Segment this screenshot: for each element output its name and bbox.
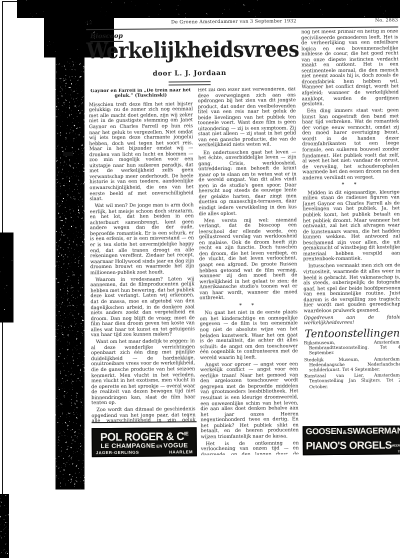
issue-number: No. 2883 bbox=[375, 18, 398, 23]
advert-agent-line: JAGER-GERLINGS HAARLEM bbox=[96, 450, 193, 456]
article-column-middle: Het zal den lezer niet verwonderen, dat … bbox=[198, 87, 299, 455]
page-number: 12 bbox=[86, 21, 92, 26]
paragraph: Men versta mij wel: niemand verlangt, da… bbox=[199, 218, 298, 302]
section-separator: * * bbox=[303, 183, 400, 189]
paragraph: Wat wil men? De jonge man is arm doch ee… bbox=[90, 203, 195, 276]
paragraph: Het zal den lezer niet verwonderen, dat … bbox=[198, 87, 297, 149]
advert-agent: JAGER-GERLINGS bbox=[96, 450, 139, 455]
paragraph: Intusschen vermaakt men zich om de virtu… bbox=[303, 264, 400, 315]
paragraph: Misschien treft deze film het niet bijst… bbox=[89, 102, 194, 203]
paragraph: Waarom in vredesnaam? Laten wij aannemen… bbox=[90, 277, 195, 339]
paragraph: Eén ding immers staat vast: geen kunst k… bbox=[302, 109, 400, 182]
exhibition-item: Stedelijk Museum, Amsterdam. Hedendaagsc… bbox=[304, 357, 400, 373]
article-byline: door L. J. Jordaan bbox=[87, 68, 293, 78]
advert-goosen-swagerman: GOOSEN & SWAGERMAN PIANO'S ORGELS DEN HA… bbox=[303, 425, 400, 455]
advert-brand-sup: IE bbox=[184, 431, 188, 437]
advert-brand: GOOSEN & SWAGERMAN bbox=[306, 426, 399, 438]
paragraph: Nu gaat het niet in de eerste plaats om … bbox=[200, 311, 298, 362]
advert-products: PIANO'S ORGELS bbox=[306, 440, 392, 452]
page-content: 12 De Groene Amsterdammer van 3 Septembe… bbox=[0, 0, 400, 558]
article-title: Werkelijkheidsvrees bbox=[86, 36, 292, 64]
scanned-newspaper-page: { "header": { "page_number": "12", "mast… bbox=[0, 0, 400, 558]
paragraph: Angst voor oproer — angst voor een werke… bbox=[200, 362, 299, 441]
closing-line: Opgedreven aan de fatale werkelijkheidsv… bbox=[304, 315, 400, 327]
article-column-left: Gaynor en Farrell in „De trein naar het … bbox=[89, 88, 196, 422]
paragraph: Zoo wordt dan ditmaal de geschiedenis op… bbox=[91, 408, 195, 423]
advert-city: HAARLEM bbox=[169, 450, 193, 455]
tentoonstellingen-heading: Tentoonstellingen bbox=[304, 331, 400, 337]
paragraph: Want om het maar dadelijk te zeggen: in … bbox=[91, 340, 196, 407]
advert-brand: POL ROGER & CIE bbox=[96, 429, 193, 444]
article-column-right: nog het meest primair en heftig in onze … bbox=[301, 29, 400, 391]
paragraph: En ondertusschen gaat het leven — het éc… bbox=[198, 150, 297, 217]
advert-address: DEN HAAG LAAN VAN MEERDERVOORT 330 TELEF… bbox=[392, 438, 400, 454]
masthead-title: De Groene Amsterdammer van 3 September 1… bbox=[171, 19, 296, 25]
section-separator: * * bbox=[200, 303, 298, 309]
exhibition-item: Kunstzaal van Lier, Amsterdam. Tentoonst… bbox=[304, 374, 400, 390]
paragraph: Midden in dit eigenaardige, kleurige mil… bbox=[303, 190, 400, 263]
running-header: 12 De Groene Amsterdammer van 3 Septembe… bbox=[86, 18, 398, 26]
paragraph: Het is de ontkenning en verloochening va… bbox=[201, 441, 299, 455]
exhibition-item: Rijksmuseum, Amsterdam. Rembrandttentoon… bbox=[304, 340, 400, 356]
advert-pol-roger: POL ROGER & CIE LE CHAMPAGNE EN VOGUE JA… bbox=[92, 427, 197, 457]
byline-rule bbox=[169, 81, 211, 85]
epigraph: Gaynor en Farrell in „De trein naar het … bbox=[89, 88, 193, 100]
paragraph: nog het meest primair en heftig in onze … bbox=[301, 29, 399, 107]
column-end-rule bbox=[92, 421, 197, 423]
